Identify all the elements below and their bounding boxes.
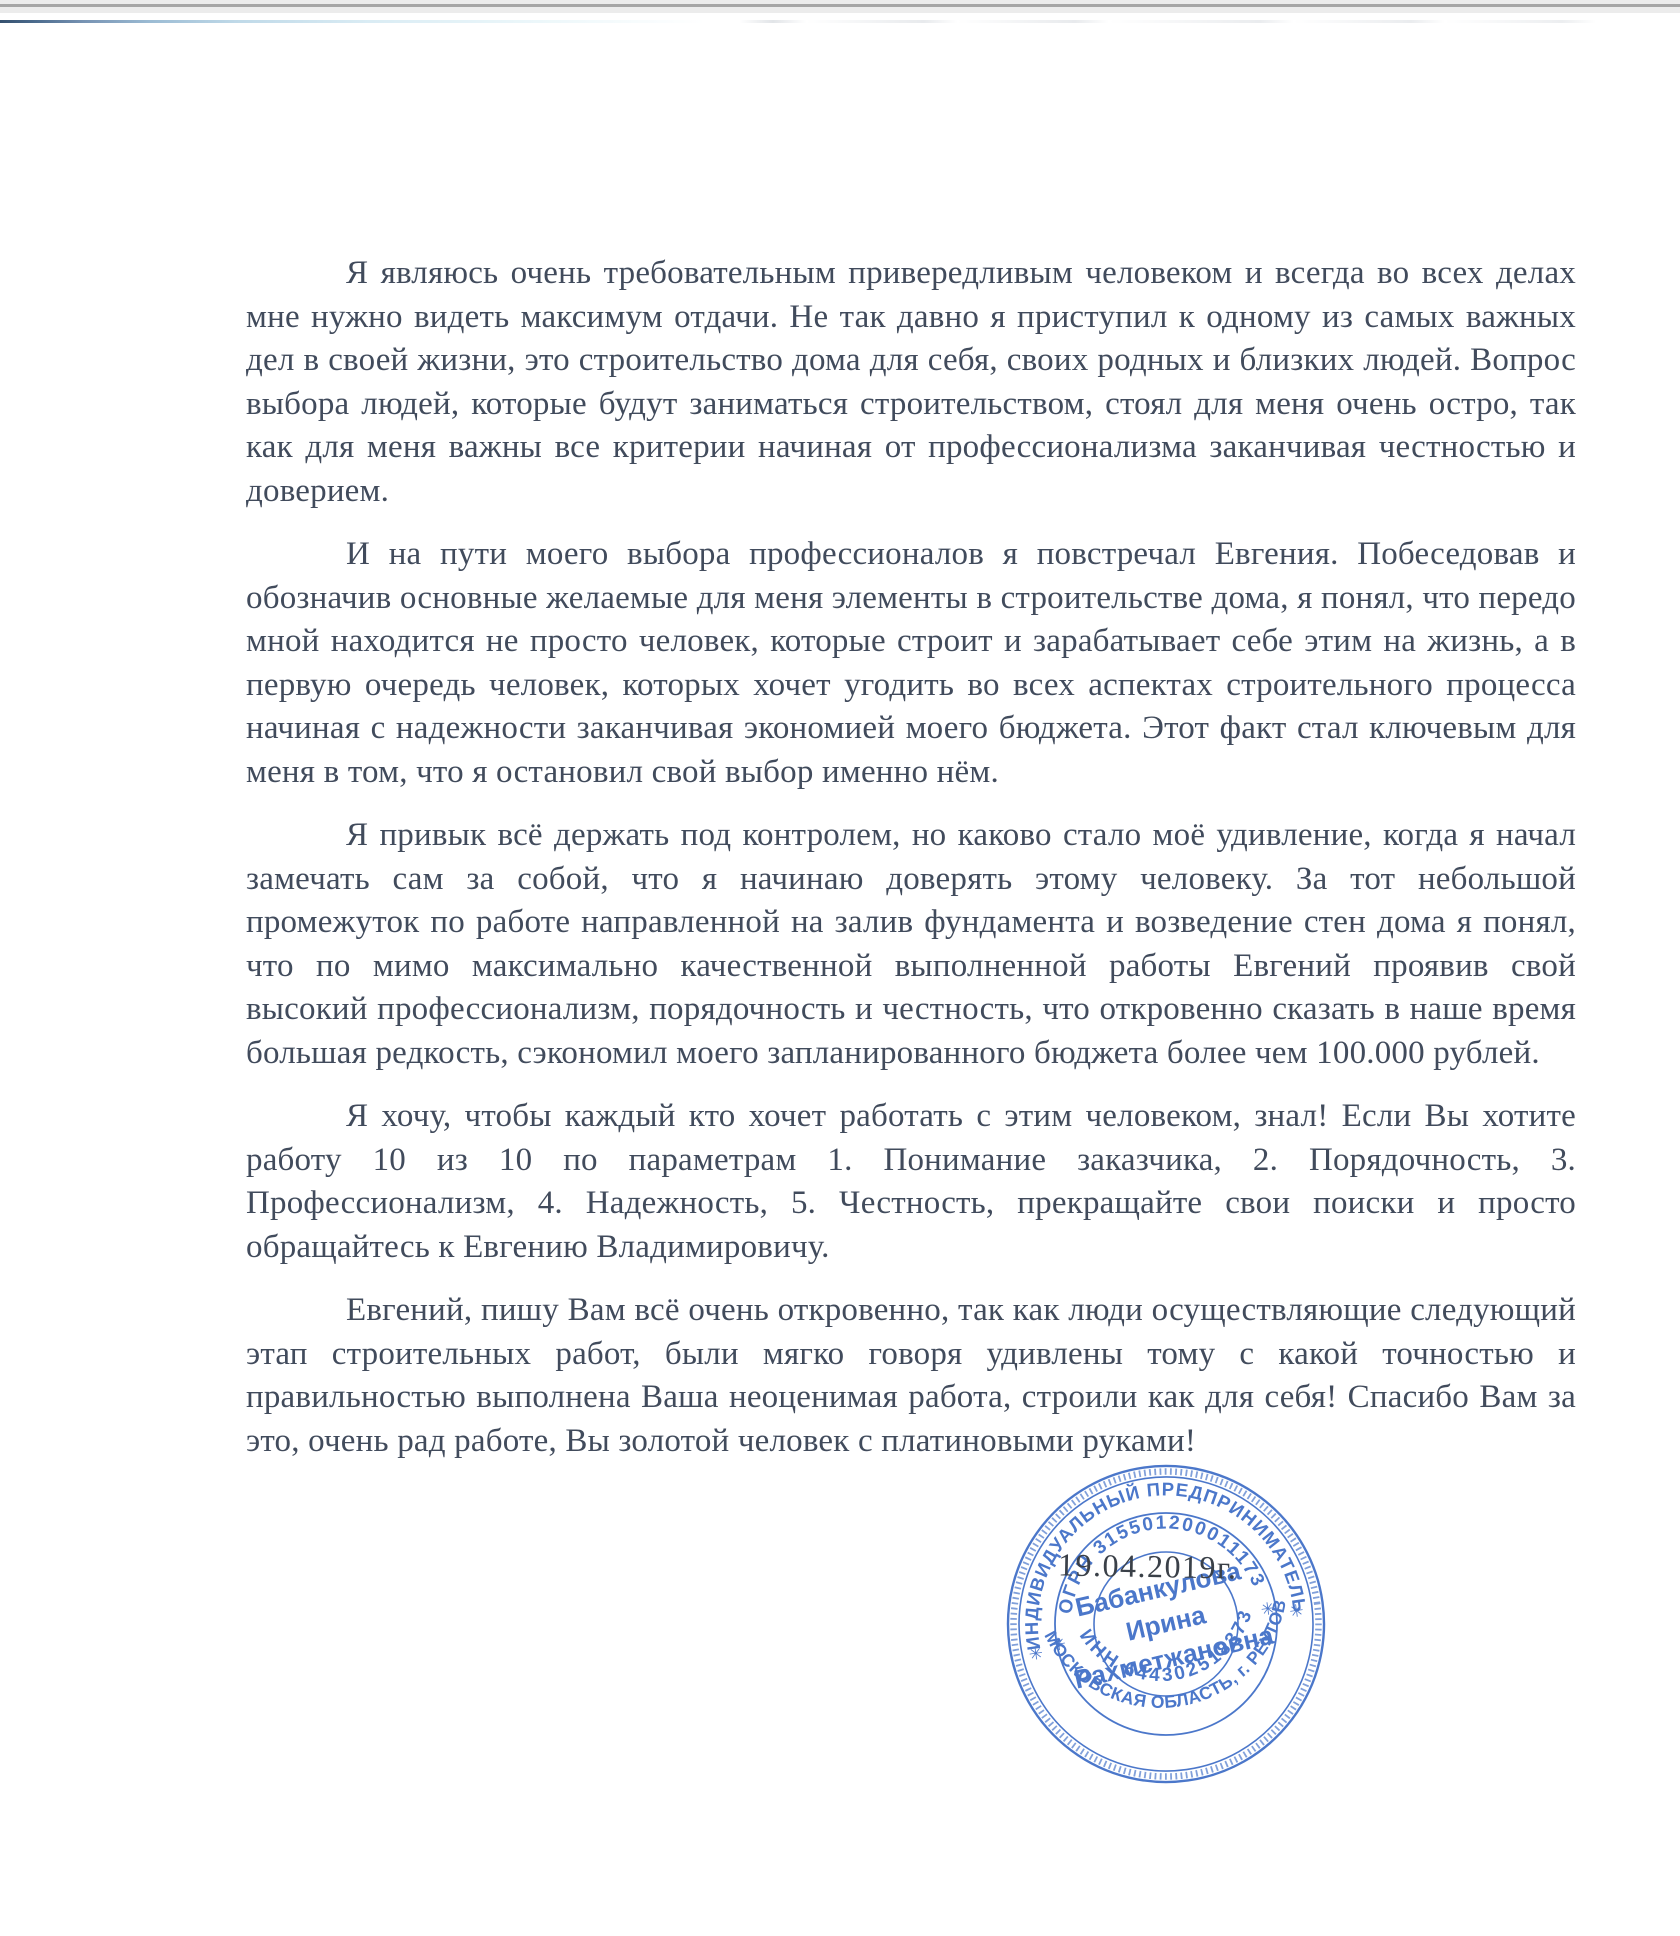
letter-paragraph-5: Евгений, пишу Вам всё очень откровенно, …: [246, 1289, 1576, 1463]
scan-noise-line: [0, 20, 1680, 23]
scanner-edge-line: [0, 4, 1680, 7]
letter-paragraph-1: Я являюсь очень требовательным привередл…: [246, 252, 1576, 513]
letter-body: Я являюсь очень требовательным привередл…: [246, 252, 1576, 1483]
letter-paragraph-3: Я привык всё держать под контролем, но к…: [246, 814, 1576, 1075]
star-icon: ✳: [1288, 1601, 1305, 1622]
round-stamp: ИНДИВИДУАЛЬНЫЙ ПРЕДПРИНИМАТЕЛЬ МОСКОВСКА…: [1001, 1459, 1331, 1789]
scanned-letter-page: Я являюсь очень требовательным привередл…: [0, 0, 1680, 1936]
star-icon: ✳: [1028, 1643, 1045, 1664]
letter-paragraph-2: И на пути моего выбора профессионалов я …: [246, 533, 1576, 794]
star-icon: ✳: [1260, 1599, 1277, 1620]
letter-paragraph-4: Я хочу, чтобы каждый кто хочет работать …: [246, 1095, 1576, 1269]
date-overlay: 19.04.2019г.: [1058, 1546, 1238, 1586]
star-icon: ✳: [1050, 1634, 1067, 1655]
